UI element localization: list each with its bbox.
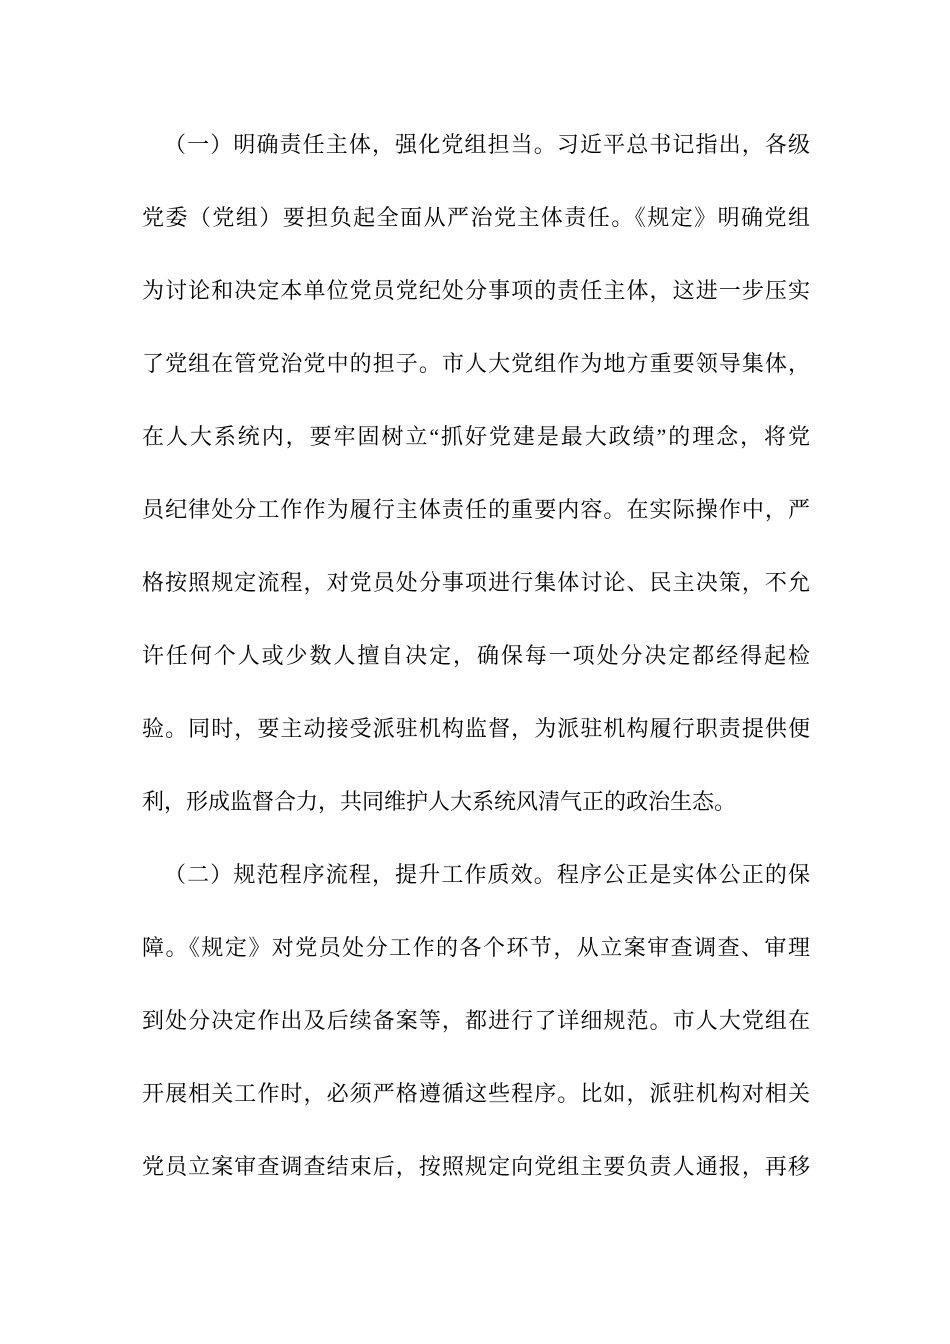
text-line: 验。同时，要主动接受派驻机构监督，为派驻机构履行职责提供便 bbox=[142, 692, 810, 765]
paragraph-1-last-line: 利，形成监督合力，共同维护人大系统风清气正的政治生态。 bbox=[142, 765, 810, 838]
text-line: 为讨论和决定本单位党员党纪处分事项的责任主体，这进一步压实 bbox=[142, 254, 810, 327]
paragraph-2-first-line: （二）规范程序流程，提升工作质效。程序公正是实体公正的保 bbox=[142, 838, 810, 911]
document-body: （一）明确责任主体，强化党组担当。习近平总书记指出，各级 党委（党组）要担负起全… bbox=[142, 108, 810, 1203]
text-line: 到处分决定作出及后续备案等，都进行了详细规范。市人大党组在 bbox=[142, 984, 810, 1057]
paragraph-1-first-line: （一）明确责任主体，强化党组担当。习近平总书记指出，各级 bbox=[142, 108, 810, 181]
text-line: 障。《规定》对党员处分工作的各个环节，从立案审查调查、审理 bbox=[142, 911, 810, 984]
text-line: 在人大系统内，要牢固树立“抓好党建是最大政绩”的理念，将党 bbox=[142, 400, 810, 473]
text-line: 开展相关工作时，必须严格遵循这些程序。比如，派驻机构对相关 bbox=[142, 1057, 810, 1130]
text-line: 党员立案审查调查结束后，按照规定向党组主要负责人通报，再移 bbox=[142, 1130, 810, 1203]
text-line: 员纪律处分工作作为履行主体责任的重要内容。在实际操作中，严 bbox=[142, 473, 810, 546]
text-line: 党委（党组）要担负起全面从严治党主体责任。《规定》明确党组 bbox=[142, 181, 810, 254]
text-line: 了党组在管党治党中的担子。市人大党组作为地方重要领导集体， bbox=[142, 327, 810, 400]
document-page: （一）明确责任主体，强化党组担当。习近平总书记指出，各级 党委（党组）要担负起全… bbox=[0, 0, 950, 1344]
text-line: 许任何个人或少数人擅自决定，确保每一项处分决定都经得起检 bbox=[142, 619, 810, 692]
text-line: 格按照规定流程，对党员处分事项进行集体讨论、民主决策，不允 bbox=[142, 546, 810, 619]
